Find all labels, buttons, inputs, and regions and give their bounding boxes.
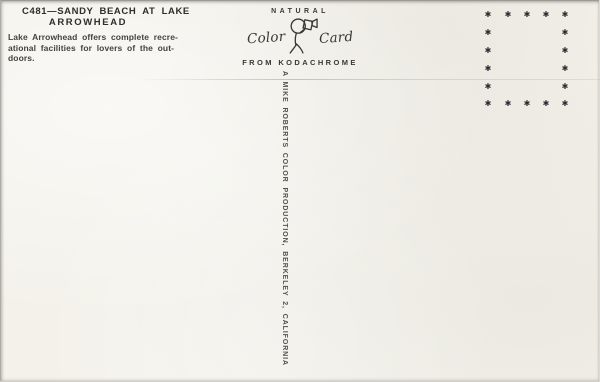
stamp-dot-icon: ✱ — [543, 11, 550, 19]
logo-word-card: Card — [319, 29, 354, 47]
stamp-box: ✱✱✱✱✱✱✱✱✱✱✱✱✱✱✱✱✱✱ — [482, 9, 574, 111]
photographer-mascot-icon — [286, 17, 318, 60]
stamp-dot-icon: ✱ — [485, 47, 492, 55]
caption-block: C481—SANDY BEACH AT LAKE ARROWHEAD Lake … — [8, 6, 184, 64]
postcard-back: C481—SANDY BEACH AT LAKE ARROWHEAD Lake … — [0, 0, 600, 382]
vertical-publisher-imprint: A MIKE ROBERTS COLOR PRODUCTION, BERKELE… — [278, 71, 288, 347]
stamp-dot-icon: ✱ — [485, 11, 492, 19]
caption-description: Lake Arrowhead offers complete recre- at… — [8, 32, 184, 64]
stamp-dot-icon: ✱ — [562, 29, 569, 37]
brand-block: NATURAL Color Card FROM KODACHROME — [230, 8, 370, 67]
stamp-dot-icon: ✱ — [524, 100, 531, 108]
stamp-dot-icon: ✱ — [505, 11, 512, 19]
stamp-dot-icon: ✱ — [562, 11, 569, 19]
stamp-dot-icon: ✱ — [562, 83, 569, 91]
stamp-dot-icon: ✱ — [562, 100, 569, 108]
stamp-dot-icon: ✱ — [485, 29, 492, 37]
color-card-logo: Color Card — [230, 19, 370, 57]
natural-label: NATURAL — [230, 8, 370, 15]
stamp-dot-icon: ✱ — [524, 11, 531, 19]
stamp-dot-icon: ✱ — [485, 83, 492, 91]
stamp-dot-icon: ✱ — [505, 100, 512, 108]
stamp-dot-icon: ✱ — [485, 65, 492, 73]
stamp-dot-icon: ✱ — [543, 100, 550, 108]
stamp-dot-icon: ✱ — [485, 100, 492, 108]
card-top-edge — [0, 0, 600, 1]
caption-title-line1: C481—SANDY BEACH AT LAKE — [8, 6, 184, 17]
from-kodachrome-label: FROM KODACHROME — [230, 58, 370, 67]
caption-description-line3: doors. — [8, 53, 184, 64]
card-left-edge — [0, 0, 1, 382]
caption-description-line2: ational facilities for lovers of the out… — [8, 43, 184, 54]
caption-title-line2: ARROWHEAD — [8, 17, 168, 28]
caption-description-line1: Lake Arrowhead offers complete recre- — [8, 32, 184, 43]
stamp-dot-icon: ✱ — [562, 47, 569, 55]
stamp-dot-icon: ✱ — [562, 65, 569, 73]
logo-word-color: Color — [246, 29, 285, 48]
